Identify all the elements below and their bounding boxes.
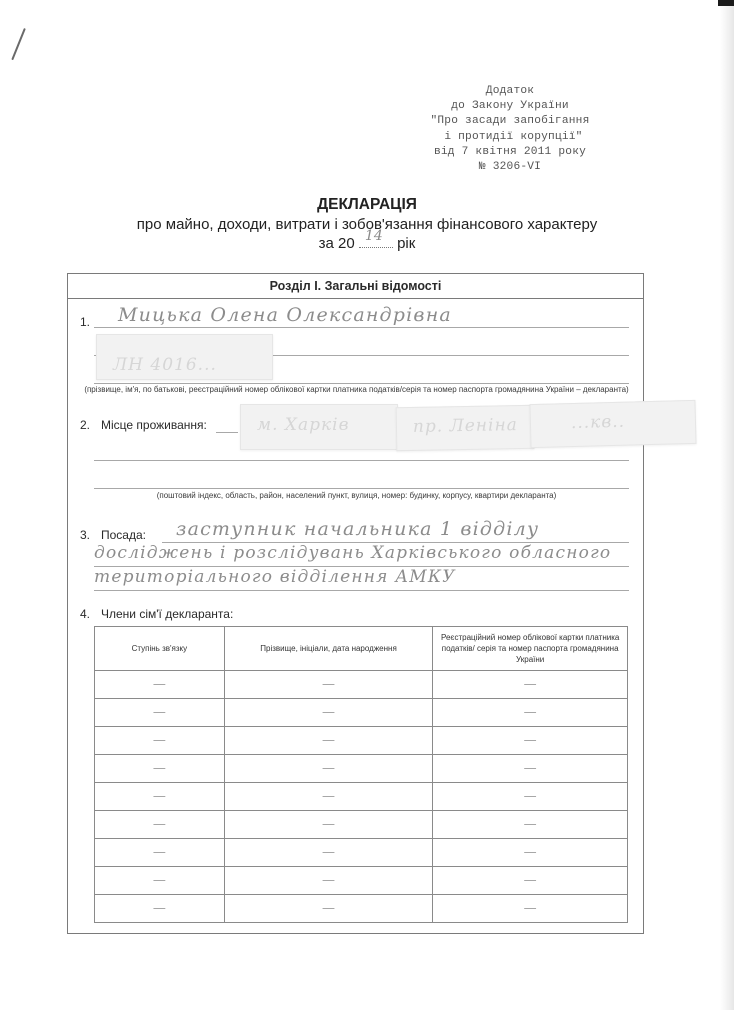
handwritten-position-line-2: досліджень і розслідувань Харківського о… [94,543,611,563]
section-1-frame: Розділ І. Загальні відомості 1. Мицька О… [67,273,644,934]
redacted-address-overlay-2: пр. Леніна [396,405,535,451]
cell-tax-id-passport: — [433,783,628,811]
cell-relationship: — [95,755,225,783]
cell-tax-id-passport: — [433,839,628,867]
redacted-address-overlay-3: ...кв.. [529,400,696,448]
cell-tax-id-passport: — [433,811,628,839]
header-tax-id-passport: Реєстраційний номер облікової картки пла… [433,627,628,671]
item-4-number: 4. [80,607,90,621]
cell-relationship: — [95,727,225,755]
appendix-line: від 7 квітня 2011 року [400,145,620,160]
cell-name-dob: — [224,867,433,895]
redacted-id-ghost-text: ЛН 4016... [113,355,217,375]
cell-tax-id-passport: — [433,755,628,783]
header-relationship: Ступінь зв'язку [95,627,225,671]
table-row: ——— [95,699,628,727]
redacted-address-ghost: ...кв.. [571,412,626,433]
table-header-row: Ступінь зв'язку Прізвище, ініціали, дата… [95,627,628,671]
item-3-number: 3. [80,528,90,542]
table-row: ——— [95,671,628,699]
table-row: ——— [95,895,628,923]
cell-name-dob: — [224,811,433,839]
cell-tax-id-passport: — [433,895,628,923]
item-2-number: 2. [80,418,90,432]
appendix-line: до Закону України [400,99,620,114]
handwritten-position-line-1: заступник начальника 1 відділу [176,518,539,540]
position-line-3 [94,590,629,591]
appendix-line: і протидії корупції" [400,130,620,145]
redacted-address-overlay-1: м. Харків [240,404,398,450]
table-row: ——— [95,755,628,783]
handwritten-slash-mark [11,28,26,60]
item-2-caption: (поштовий індекс, область, район, населе… [68,491,645,500]
position-label: Посада: [101,528,146,542]
handwritten-full-name: Мицька Олена Олександрівна [118,304,452,326]
header-name-dob: Прізвище, ініціали, дата народження [224,627,433,671]
year-handwritten: 14 [365,228,383,244]
cell-name-dob: — [224,671,433,699]
cell-name-dob: — [224,839,433,867]
page-edge-shadow [720,0,734,1010]
cell-relationship: — [95,783,225,811]
residence-line-start [216,432,238,433]
residence-label: Місце проживання: [101,418,207,432]
residence-line-2 [94,460,629,461]
cell-relationship: — [95,699,225,727]
appendix-line: "Про засади запобігання [400,114,620,129]
redacted-address-ghost: м. Харків [257,415,350,435]
item-1-caption: (прізвище, ім'я, по батькові, реєстрацій… [68,385,645,394]
declaration-year: за 20 14 рік [0,234,734,252]
cell-name-dob: — [224,755,433,783]
table-row: ——— [95,839,628,867]
section-heading: Розділ І. Загальні відомості [68,274,643,299]
cell-name-dob: — [224,727,433,755]
table-row: ——— [95,867,628,895]
cell-tax-id-passport: — [433,699,628,727]
family-members-table: Ступінь зв'язку Прізвище, ініціали, дата… [94,626,628,923]
cell-name-dob: — [224,699,433,727]
cell-relationship: — [95,867,225,895]
redacted-id-overlay: ЛН 4016... [96,334,273,380]
document-title: ДЕКЛАРАЦІЯ [0,196,734,214]
appendix-reference: Додаток до Закону України "Про засади за… [400,84,620,175]
family-members-label: Члени сім'ї декларанта: [101,607,233,621]
cell-name-dob: — [224,895,433,923]
cell-tax-id-passport: — [433,671,628,699]
year-suffix: рік [397,235,415,252]
cell-relationship: — [95,895,225,923]
appendix-line: Додаток [400,84,620,99]
residence-line-3 [94,488,629,489]
name-line-3 [94,383,629,384]
handwritten-position-line-3: територіального відділення АМКУ [94,567,456,587]
redacted-address-ghost: пр. Леніна [413,415,518,437]
cell-relationship: — [95,811,225,839]
table-row: ——— [95,783,628,811]
cell-relationship: — [95,671,225,699]
item-1-number: 1. [80,315,90,329]
cell-relationship: — [95,839,225,867]
table-row: ——— [95,727,628,755]
scan-edge-mark [718,0,734,6]
cell-name-dob: — [224,783,433,811]
table-row: ——— [95,811,628,839]
name-line-1 [94,327,629,328]
cell-tax-id-passport: — [433,727,628,755]
cell-tax-id-passport: — [433,867,628,895]
appendix-line: № 3206-VI [400,160,620,175]
year-field: 14 [359,234,393,248]
year-prefix: за 20 [319,235,355,252]
